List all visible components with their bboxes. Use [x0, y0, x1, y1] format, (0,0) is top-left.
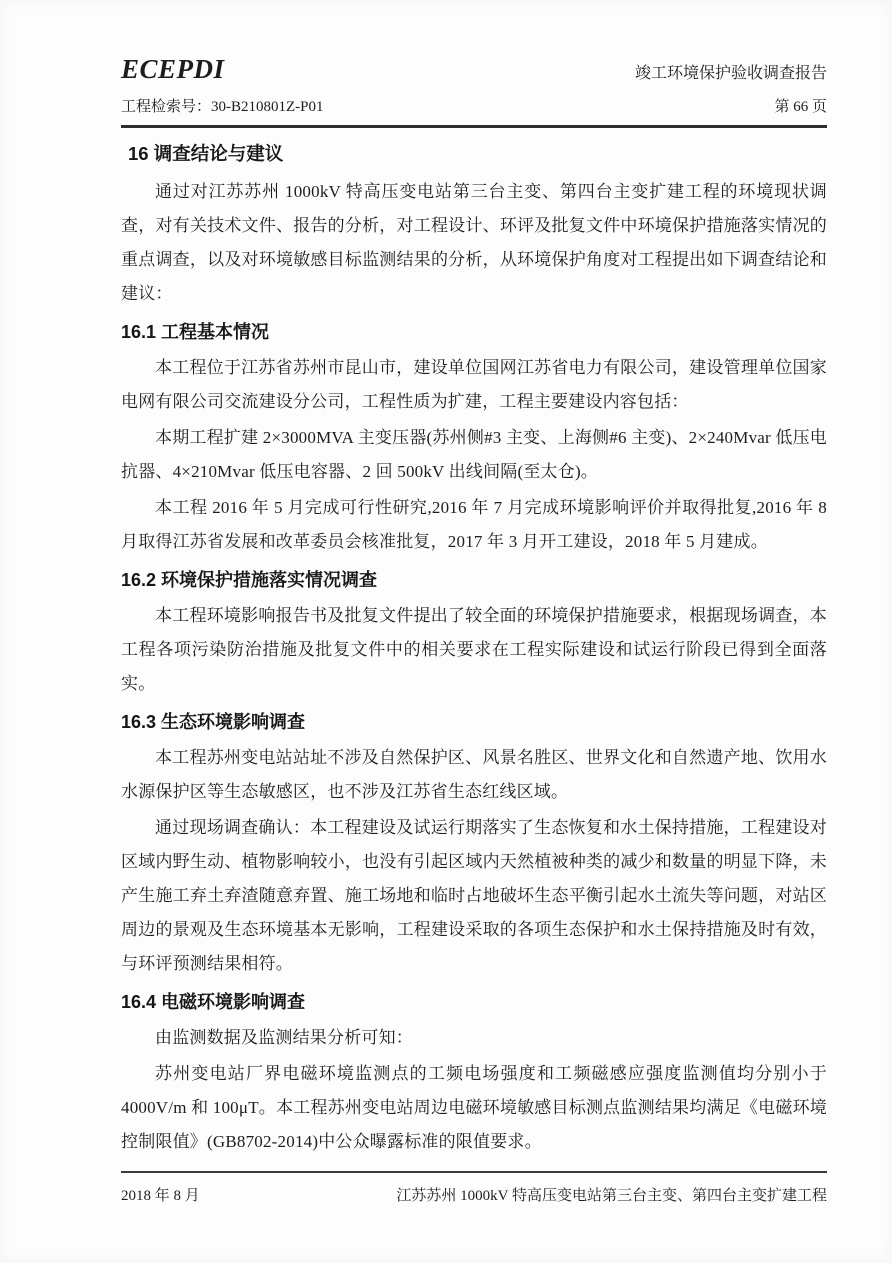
section-16-4-paragraph-2: 苏州变电站厂界电磁环境监测点的工频电场强度和工频磁感应强度监测值均分别小于 40…: [121, 1057, 827, 1159]
section-16-3-paragraph-1: 本工程苏州变电站站址不涉及自然保护区、风景名胜区、世界文化和自然遗产地、饮用水水…: [121, 741, 827, 809]
footer-project-name: 江苏苏州 1000kV 特高压变电站第三台主变、第四台主变扩建工程: [396, 1184, 827, 1205]
page-header: ECEPDI 竣工环境保护验收调查报告 工程检索号：30-B210801Z-P0…: [0, 0, 892, 128]
report-title: 竣工环境保护验收调查报告: [635, 64, 827, 83]
header-top-row: ECEPDI 竣工环境保护验收调查报告: [121, 56, 827, 83]
section-16-1-title: 16.1 工程基本情况: [121, 321, 827, 344]
header-meta-row: 工程检索号：30-B210801Z-P01 第 66 页: [121, 95, 827, 116]
project-index-number: 工程检索号：30-B210801Z-P01: [121, 95, 324, 116]
company-logo: ECEPDI: [121, 56, 225, 83]
document-body: 16 调查结论与建议 通过对江苏苏州 1000kV 特高压变电站第三台主变、第四…: [0, 128, 892, 1159]
section-16-4-title: 16.4 电磁环境影响调查: [121, 991, 827, 1014]
section-16-title: 16 调查结论与建议: [121, 142, 827, 166]
report-page: ECEPDI 竣工环境保护验收调查报告 工程检索号：30-B210801Z-P0…: [0, 0, 892, 1263]
section-16-3-paragraph-2: 通过现场调查确认：本工程建设及试运行期落实了生态恢复和水土保持措施，工程建设对区…: [121, 811, 827, 981]
footer-date: 2018 年 8 月: [121, 1184, 200, 1205]
page-footer: 2018 年 8 月 江苏苏州 1000kV 特高压变电站第三台主变、第四台主变…: [121, 1171, 827, 1205]
section-16-1-paragraph-1: 本工程位于江苏省苏州市昆山市，建设单位国网江苏省电力有限公司，建设管理单位国家电…: [121, 351, 827, 419]
section-16-1-paragraph-3: 本工程 2016 年 5 月完成可行性研究,2016 年 7 月完成环境影响评价…: [121, 491, 827, 559]
section-16-2-paragraph-1: 本工程环境影响报告书及批复文件提出了较全面的环境保护措施要求，根据现场调查，本工…: [121, 599, 827, 701]
page-number: 第 66 页: [774, 95, 827, 116]
section-16-2-title: 16.2 环境保护措施落实情况调查: [121, 569, 827, 592]
section-16-4-paragraph-1: 由监测数据及监测结果分析可知：: [121, 1021, 827, 1055]
section-16-intro-paragraph: 通过对江苏苏州 1000kV 特高压变电站第三台主变、第四台主变扩建工程的环境现…: [121, 175, 827, 311]
section-16-3-title: 16.3 生态环境影响调查: [121, 711, 827, 734]
section-16-1-paragraph-2: 本期工程扩建 2×3000MVA 主变压器(苏州侧#3 主变、上海侧#6 主变)…: [121, 421, 827, 489]
